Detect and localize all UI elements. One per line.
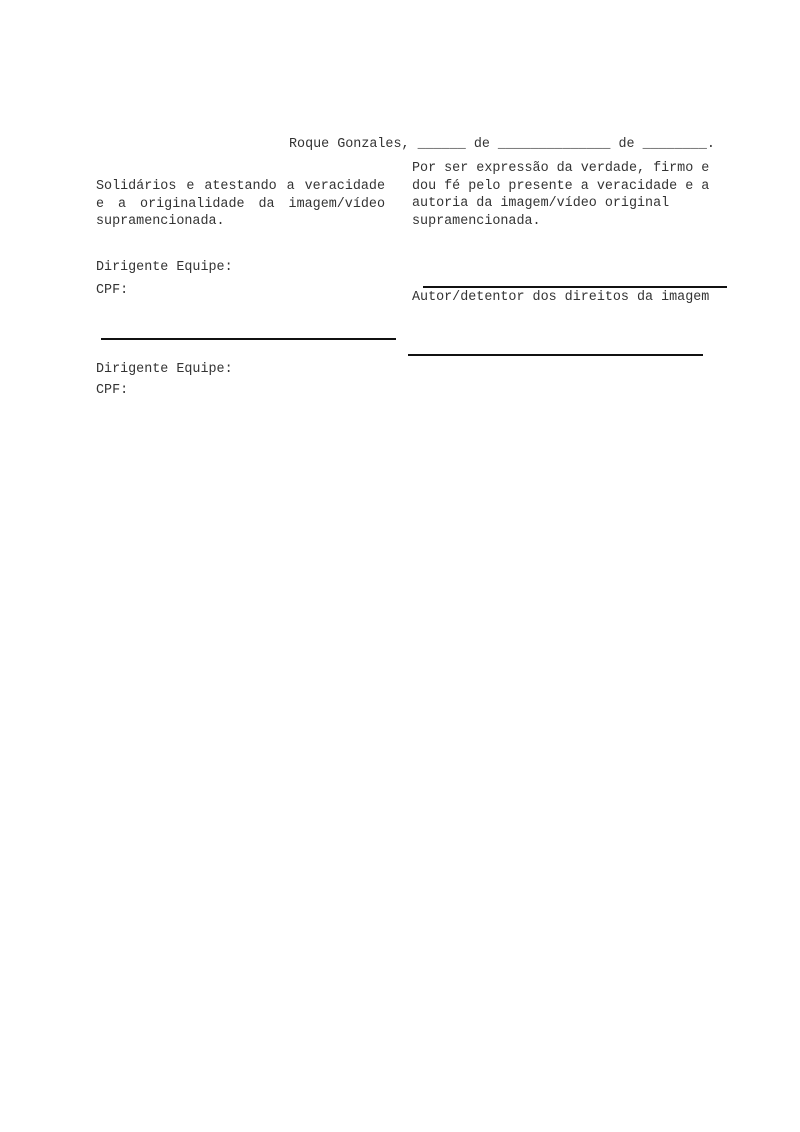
signatory-2-role-label: Dirigente Equipe: [96, 361, 233, 379]
signatory-1-role-label: Dirigente Equipe: [96, 259, 233, 277]
right-statement-line: supramencionada. [412, 213, 541, 231]
place-date-line: Roque Gonzales, ______ de ______________… [289, 136, 715, 154]
right-statement-line: dou fé pelo presente a veracidade e a [412, 178, 709, 196]
author-signature-line [423, 286, 727, 288]
left-statement: Solidários e atestando a veracidade e a … [96, 178, 385, 231]
author-signature-caption: Autor/detentor dos direitos da imagem [412, 289, 709, 307]
right-statement-line: autoria da imagem/vídeo original [412, 195, 669, 213]
right-statement-line: Por ser expressão da verdade, firmo e [412, 160, 709, 178]
left-statement-line: Solidários e atestando a veracidade [96, 178, 385, 196]
left-statement-line: supramencionada. [96, 213, 385, 231]
signatory-2-cpf-label: CPF: [96, 382, 128, 400]
left-statement-line: e a originalidade da imagem/vídeo [96, 196, 385, 214]
signatory-1-cpf-label: CPF: [96, 282, 128, 300]
signatory-1-signature-line [101, 338, 396, 340]
signatory-2-signature-line [408, 354, 703, 356]
